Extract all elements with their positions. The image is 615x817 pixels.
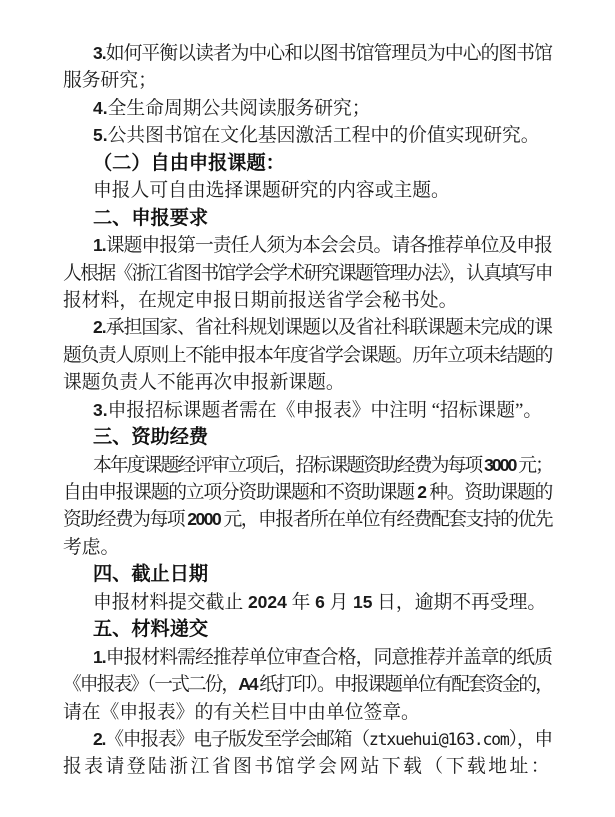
list-item-3: 3.如何平衡以读者为中心和以图书馆管理员为中心的图书馆: [63, 40, 552, 67]
paragraph-free-topics: 申报人可自由选择课题研究的内容或主题。: [63, 177, 552, 204]
document-page: 3.如何平衡以读者为中心和以图书馆管理员为中心的图书馆服务研究；4.全生命周期公…: [0, 0, 615, 817]
text-segment: 年: [287, 592, 315, 613]
text-segment: 全生命周期公共阅读服务研究；: [108, 98, 371, 119]
text-segment: 承担国家、省社科规划课题以及省社科联课题未完成的课: [106, 317, 552, 338]
requirement-2: 2.承担国家、省社科规划课题以及省社科联课题未完成的课: [63, 314, 552, 341]
text-segment: 种。资助课题的: [426, 482, 552, 503]
line-text: 请在《申报表》的有关栏目中由单位签章。: [63, 705, 420, 722]
text-segment: 五、材料递交: [93, 619, 208, 640]
line-text: 2.承担国家、省社科规划课题以及省社科联课题未完成的课: [93, 320, 552, 337]
text-segment: （二）自由申报课题：: [93, 153, 285, 174]
line-text: 资助经费为每项 2000 元，申报者所在单位有经费配套支持的优先: [63, 512, 552, 529]
text-segment: 3.: [93, 43, 106, 63]
text-segment: 三、资助经费: [93, 427, 208, 448]
text-segment: 人根据《浙江省图书馆学会学术研究课题管理办法》，认真填写申: [63, 263, 552, 284]
funding-paragraph: 本年度课题经评审立项后，招标课题资助经费为每项 3000 元；: [63, 452, 552, 479]
text-segment: 申报招标课题者需在《申报表》中注明 “招标课题”。: [108, 400, 543, 421]
deadline-paragraph: 申报材料提交截止 2024 年 6 月 15 日，逾期不再受理。: [63, 589, 552, 616]
submission-1-cont: 《申报表》（一式二份，A4 纸打印）。申报课题单位有配套资金的，: [63, 671, 552, 698]
text-segment: 3.: [93, 400, 108, 420]
text-segment: ），申: [509, 729, 552, 750]
line-text: （二）自由申报课题：: [93, 156, 285, 173]
subsection-heading-free-topics: （二）自由申报课题：: [63, 150, 552, 177]
line-text: 二、申报要求: [93, 211, 208, 228]
funding-paragraph-cont: 自由申报课题的立项分资助课题和不资助课题 2 种。资助课题的: [63, 479, 552, 506]
section-heading-funding: 三、资助经费: [63, 424, 552, 451]
text-segment: 四、截止日期: [93, 564, 208, 585]
line-text: 五、材料递交: [93, 622, 208, 639]
text-segment: 6: [315, 592, 325, 612]
text-segment: 申报材料提交截止: [93, 592, 248, 613]
text-segment: 如何平衡以读者为中心和以图书馆管理员为中心的图书馆: [106, 43, 552, 64]
line-text: 报表请登陆浙江省图书馆学会网站下载（下载地址：: [63, 759, 552, 776]
line-text: 自由申报课题的立项分资助课题和不资助课题 2 种。资助课题的: [63, 485, 552, 502]
text-segment: 1.: [93, 235, 106, 255]
text-segment: 申报材料需经推荐单位审查合格，同意推荐并盖章的纸质: [106, 647, 552, 668]
line-text: 服务研究；: [63, 73, 157, 90]
text-segment: 2.: [93, 317, 106, 337]
line-text: 3.如何平衡以读者为中心和以图书馆管理员为中心的图书馆: [93, 46, 552, 63]
requirement-3: 3.申报招标课题者需在《申报表》中注明 “招标课题”。: [63, 397, 552, 424]
line-text: 3.申报招标课题者需在《申报表》中注明 “招标课题”。: [93, 403, 542, 420]
section-heading-submission: 五、材料递交: [63, 616, 552, 643]
line-text: 报材料，在规定申报日期前报送省学会秘书处。: [63, 293, 457, 310]
text-segment: 2.: [93, 729, 105, 749]
text-segment: 日，逾期不再受理。: [372, 592, 546, 613]
submission-2-cont: 报表请登陆浙江省图书馆学会网站下载（下载地址：: [63, 753, 552, 780]
text-segment: 本年度课题经评审立项后，招标课题资助经费为每项: [93, 455, 484, 476]
line-text: 5.公共图书馆在文化基因激活工程中的价值实现研究。: [93, 128, 540, 145]
line-text: 题负责人原则上不能申报本年度省学会课题。历年立项未结题的: [63, 348, 552, 365]
text-segment: 题负责人原则上不能申报本年度省学会课题。历年立项未结题的: [63, 345, 552, 366]
requirement-1-cont: 人根据《浙江省图书馆学会学术研究课题管理办法》，认真填写申: [63, 260, 552, 287]
text-segment: 元，申报者所在单位有经费配套支持的优先: [220, 509, 552, 530]
text-segment: 元；: [515, 455, 552, 476]
list-item-4: 4.全生命周期公共阅读服务研究；: [63, 95, 552, 122]
text-segment: 资助经费为每项: [63, 509, 187, 530]
text-segment: A4: [238, 674, 256, 694]
text-segment: 3000: [484, 455, 515, 475]
text-segment: 2000: [187, 509, 220, 529]
line-text: 1.课题申报第一责任人须为本会会员。请各推荐单位及申报: [93, 238, 552, 255]
text-segment: 4.: [93, 98, 108, 118]
list-item-3-cont: 服务研究；: [63, 67, 552, 94]
text-segment: 请在《申报表》的有关栏目中由单位签章。: [63, 702, 420, 723]
funding-paragraph-cont3: 考虑。: [63, 534, 552, 561]
requirement-1-cont2: 报材料，在规定申报日期前报送省学会秘书处。: [63, 287, 552, 314]
line-text: 2.《申报表》电子版发至学会邮箱（ztxuehui@163.com），申: [93, 732, 552, 749]
requirement-1: 1.课题申报第一责任人须为本会会员。请各推荐单位及申报: [63, 232, 552, 259]
text-segment: 公共图书馆在文化基因激活工程中的价值实现研究。: [108, 125, 540, 146]
line-text: 课题负责人不能再次申报新课题。: [63, 375, 345, 392]
text-segment: 2: [417, 482, 426, 502]
text-segment: 报材料，在规定申报日期前报送省学会秘书处。: [63, 290, 457, 311]
text-segment: 考虑。: [63, 537, 119, 558]
text-segment: 月: [325, 592, 353, 613]
line-text: 申报人可自由选择课题研究的内容或主题。: [93, 183, 450, 200]
text-segment: 报表请登陆浙江省图书馆学会网站下载（下载地址：: [63, 756, 552, 777]
submission-2: 2.《申报表》电子版发至学会邮箱（ztxuehui@163.com），申: [63, 726, 552, 753]
line-text: 本年度课题经评审立项后，招标课题资助经费为每项 3000 元；: [93, 458, 552, 475]
submission-1-cont2: 请在《申报表》的有关栏目中由单位签章。: [63, 699, 552, 726]
text-segment: 15: [353, 592, 372, 612]
line-text: 人根据《浙江省图书馆学会学术研究课题管理办法》，认真填写申: [63, 266, 552, 283]
line-text: 四、截止日期: [93, 567, 208, 584]
list-item-5: 5.公共图书馆在文化基因激活工程中的价值实现研究。: [63, 122, 552, 149]
text-segment: 1.: [93, 647, 106, 667]
line-text: 考虑。: [63, 540, 119, 557]
line-text: 《申报表》（一式二份，A4 纸打印）。申报课题单位有配套资金的，: [63, 677, 552, 694]
text-segment: 自由申报课题的立项分资助课题和不资助课题: [63, 482, 417, 503]
text-segment: 5.: [93, 125, 108, 145]
text-segment: 《申报表》电子版发至学会邮箱（: [105, 729, 369, 750]
text-segment: 申报人可自由选择课题研究的内容或主题。: [93, 180, 450, 201]
text-segment: 课题负责人不能再次申报新课题。: [63, 372, 345, 393]
email-address: ztxuehui@163.com: [369, 730, 509, 749]
requirement-2-cont: 题负责人原则上不能申报本年度省学会课题。历年立项未结题的: [63, 342, 552, 369]
text-segment: 课题申报第一责任人须为本会会员。请各推荐单位及申报: [106, 235, 552, 256]
funding-paragraph-cont2: 资助经费为每项 2000 元，申报者所在单位有经费配套支持的优先: [63, 506, 552, 533]
text-segment: 二、申报要求: [93, 208, 208, 229]
section-heading-deadline: 四、截止日期: [63, 561, 552, 588]
line-text: 三、资助经费: [93, 430, 208, 447]
line-text: 4.全生命周期公共阅读服务研究；: [93, 101, 371, 118]
line-text: 申报材料提交截止 2024 年 6 月 15 日，逾期不再受理。: [93, 595, 546, 612]
text-segment: 2024: [248, 592, 287, 612]
requirement-2-cont2: 课题负责人不能再次申报新课题。: [63, 369, 552, 396]
section-heading-requirements: 二、申报要求: [63, 205, 552, 232]
text-segment: 服务研究；: [63, 70, 157, 91]
text-segment: 纸打印）。申报课题单位有配套资金的，: [257, 674, 552, 695]
submission-1: 1.申报材料需经推荐单位审查合格，同意推荐并盖章的纸质: [63, 644, 552, 671]
text-segment: 《申报表》（一式二份，: [63, 674, 238, 695]
line-text: 1.申报材料需经推荐单位审查合格，同意推荐并盖章的纸质: [93, 650, 552, 667]
